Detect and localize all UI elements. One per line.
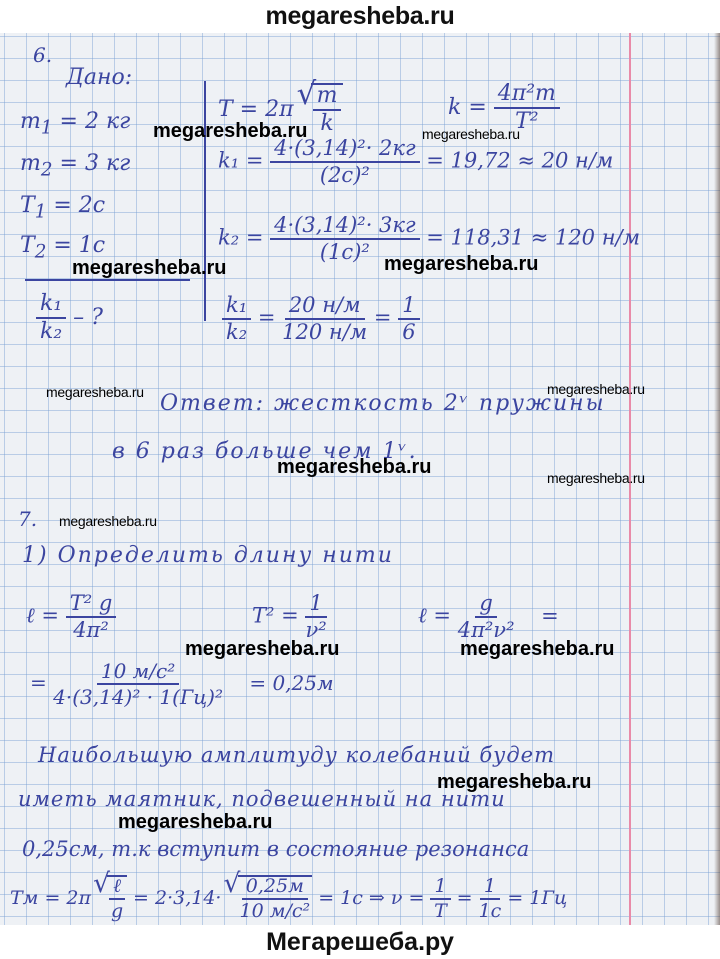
watermark: megaresheba.ru — [460, 639, 615, 659]
watermark: megaresheba.ru — [46, 385, 144, 399]
step-1-heading: 1) Определить длину нити — [22, 545, 394, 567]
given-m2: m2 = 3 кг — [20, 153, 130, 180]
find-ratio: k₁k₂ – ? — [36, 293, 103, 343]
given-separator — [204, 81, 206, 321]
given-label: Дано: — [66, 67, 132, 89]
final-calc: Tм = 2π ℓg = 2·3,14· 0,25м10 м/с² = 1с ⇒… — [10, 875, 567, 921]
formula-length-frequency: ℓ = g4π²ν² = — [418, 593, 559, 641]
watermark: megaresheba.ru — [384, 254, 539, 274]
ratio-result: k₁k₂ = 20 н/м120 н/м = 16 — [222, 295, 420, 343]
site-header: megaresheba.ru — [0, 0, 720, 33]
watermark: megaresheba.ru — [277, 457, 432, 477]
formula-period-frequency: T² = 1ν² — [252, 593, 327, 641]
watermark: megaresheba.ru — [153, 121, 308, 141]
answer-line-1: Ответ: жесткость 2ᵛ пружины — [160, 393, 606, 415]
task-6-number: 6. — [33, 45, 52, 65]
watermark: megaresheba.ru — [185, 639, 340, 659]
watermark: megaresheba.ru — [118, 812, 273, 832]
conclusion-line-3: 0,25см, т.к вступит в состояние резонанс… — [22, 839, 529, 860]
watermark: megaresheba.ru — [72, 258, 227, 278]
watermark: megaresheba.ru — [547, 382, 645, 396]
task-7-number: 7. — [18, 509, 37, 529]
given-divider — [25, 279, 190, 281]
given-t1: T1 = 2с — [20, 195, 105, 222]
calc-length: = 10 м/с²4·(3,14)² · 1(Гц)² = 0,25м — [30, 661, 334, 707]
watermark: megaresheba.ru — [547, 471, 645, 485]
given-m1: m1 = 2 кг — [20, 111, 130, 138]
watermark: megaresheba.ru — [59, 514, 157, 528]
calc-k1: k₁ = 4·(3,14)²· 2кг(2с)² = 19,72 ≈ 20 н/… — [218, 138, 613, 186]
watermark: megaresheba.ru — [422, 127, 520, 141]
watermark: megaresheba.ru — [437, 772, 592, 792]
site-footer: Мегарешеба.ру — [0, 925, 720, 959]
formula-length: ℓ = T² g4π² — [26, 593, 116, 641]
conclusion-line-2: иметь маятник, подвешенный на нити — [18, 789, 506, 810]
notebook-page: 6. Дано: m1 = 2 кг m2 = 3 кг T1 = 2с T2 … — [0, 33, 720, 925]
conclusion-line-1: Наибольшую амплитуду колебаний будет — [38, 745, 555, 766]
